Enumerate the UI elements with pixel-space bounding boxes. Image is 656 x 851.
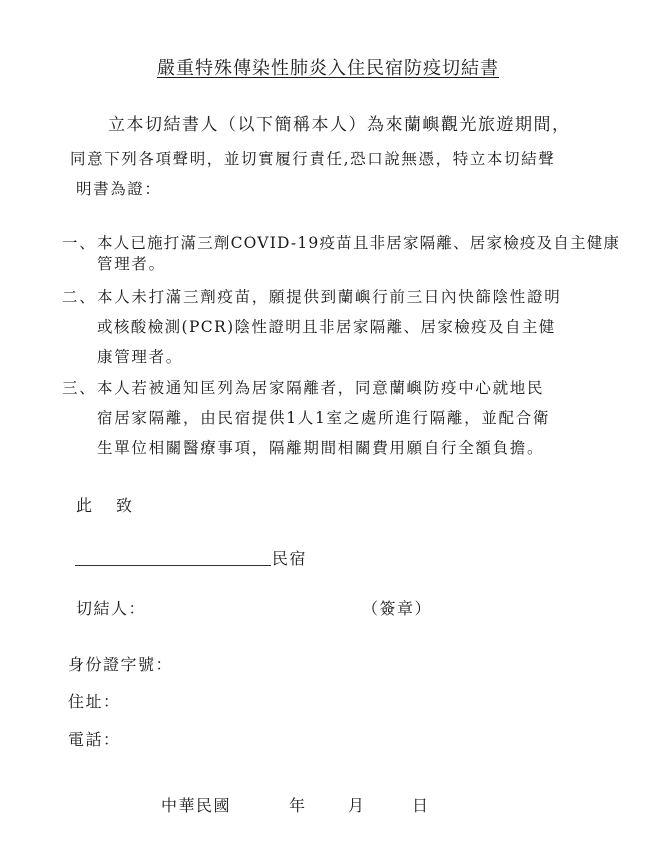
item-3-number: 三、	[62, 376, 96, 398]
item-2-line-1: 本人未打滿三劑疫苗，願提供到蘭嶼行前三日內快篩陰性證明	[97, 285, 561, 307]
addressee-suffix: 民宿	[272, 546, 307, 569]
document-title-text: 嚴重特殊傳染性肺炎入住民宿防疫切結書	[157, 58, 499, 79]
item-3-line-1: 本人若被通知匡列為居家隔離者，同意蘭嶼防疫中心就地民	[97, 376, 544, 398]
item-1-line-2: 管理者。	[97, 252, 166, 274]
date-month: 月	[348, 793, 366, 816]
date-era: 中華民國	[161, 793, 231, 816]
item-2-line-2: 或核酸檢測(PCR)陰性證明且非居家隔離、居家檢疫及自主健	[97, 315, 556, 337]
addressee-blank-line[interactable]	[75, 565, 271, 566]
intro-line-2: 同意下列各項聲明，並切實履行責任,恐口說無憑，特立本切結聲	[70, 147, 555, 169]
item-1-number: 一、	[62, 231, 96, 253]
item-2-line-3: 康管理者。	[97, 345, 183, 367]
document-title: 嚴重特殊傳染性肺炎入住民宿防疫切結書	[0, 54, 656, 80]
item-3-line-2: 宿居家隔離，由民宿提供1人1室之處所進行隔離，並配合衛	[97, 406, 550, 428]
date-year: 年	[289, 793, 307, 816]
item-2-number: 二、	[62, 285, 96, 307]
phone-label: 電話：	[68, 727, 121, 750]
item-3-line-3: 生單位相關醫療事項，隔離期間相關費用願自行全額負擔。	[97, 436, 544, 458]
closing-salutation: 此 致	[76, 493, 136, 516]
item-1-line-1: 本人已施打滿三劑COVID-19疫苗且非居家隔離、居家檢疫及自主健康	[97, 231, 620, 253]
signer-label: 切結人：	[76, 596, 146, 619]
address-label: 住址：	[68, 689, 121, 712]
intro-line-3: 明書為證：	[76, 177, 162, 199]
id-number-label: 身份證字號：	[68, 652, 173, 675]
affidavit-page: 嚴重特殊傳染性肺炎入住民宿防疫切結書 立本切結書人（以下簡稱本人）為來蘭嶼觀光旅…	[0, 0, 656, 851]
signature-note: （簽章）	[362, 596, 432, 619]
intro-line-1: 立本切結書人（以下簡稱本人）為來蘭嶼觀光旅遊期間，	[108, 110, 571, 135]
date-day: 日	[412, 793, 430, 816]
